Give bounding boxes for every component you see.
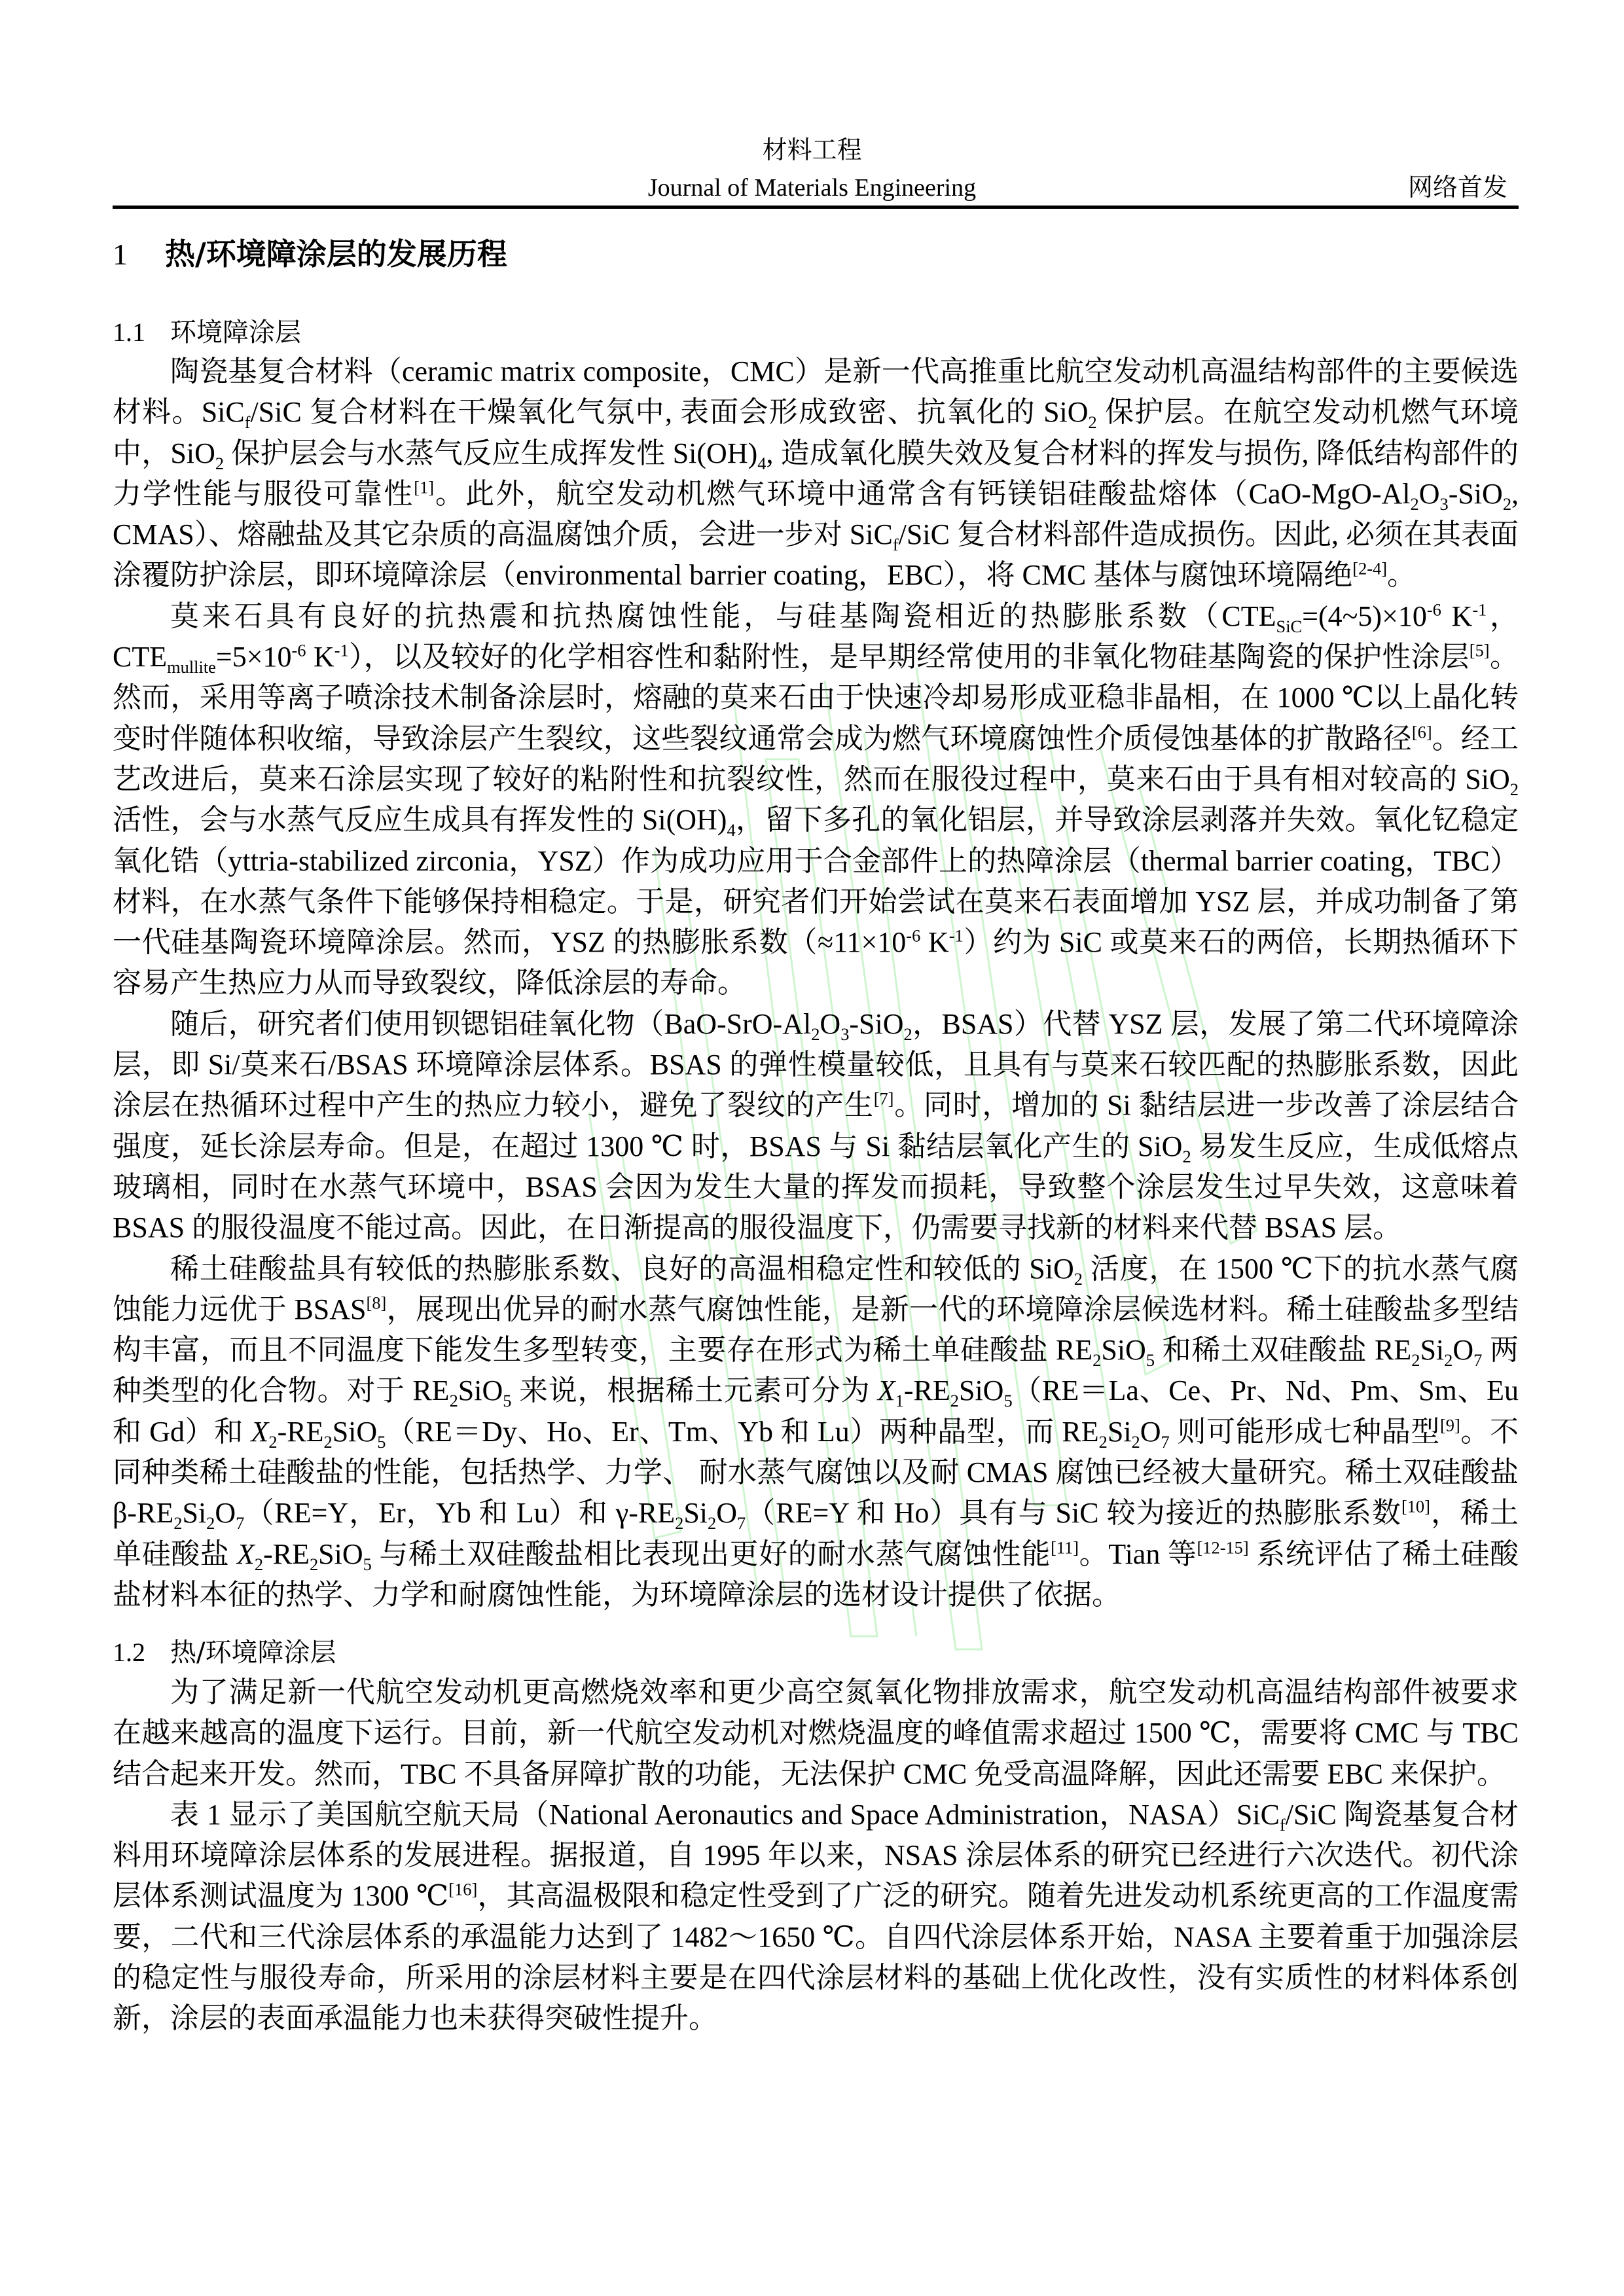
paragraph: 莫来石具有良好的抗热震和抗热腐蚀性能，与硅基陶瓷相近的热膨胀系数（CTESiC=… bbox=[113, 596, 1519, 1004]
publication-status: 网络首发 bbox=[1408, 171, 1507, 204]
journal-title-en: Journal of Materials Engineering bbox=[0, 171, 1624, 204]
paragraph: 表 1 显示了美国航空航天局（National Aeronautics and … bbox=[113, 1795, 1519, 2039]
subscript: f bbox=[1280, 1815, 1286, 1835]
section-number: 1 bbox=[113, 235, 165, 274]
section-title: 热/环境障涂层的发展历程 bbox=[165, 236, 507, 272]
paragraph: 随后，研究者们使用钡锶铝硅氧化物（BaO-SrO-Al2O3-SiO2，BSAS… bbox=[113, 1004, 1519, 1249]
supscript: -1 bbox=[949, 926, 964, 946]
citation: [1] bbox=[414, 477, 434, 497]
subscript: 2 bbox=[215, 453, 224, 473]
subscript: 2 bbox=[1411, 494, 1419, 514]
subscript: 2 bbox=[1182, 1146, 1191, 1166]
subscript: 2 bbox=[173, 1513, 182, 1533]
subscript: 2 bbox=[904, 1024, 912, 1044]
header-rule bbox=[113, 206, 1519, 209]
subsection-number: 1.2 bbox=[113, 1634, 170, 1671]
subscript: 5 bbox=[503, 1391, 511, 1410]
citation: [9] bbox=[1440, 1415, 1460, 1435]
citation: [10] bbox=[1401, 1497, 1430, 1516]
subscript: f bbox=[245, 412, 251, 432]
document-page: 材料工程 Journal of Materials Engineering 网络… bbox=[0, 0, 1624, 2296]
subscript: 7 bbox=[1161, 1432, 1170, 1452]
subscript: 7 bbox=[236, 1513, 244, 1533]
subsection-heading-1-1: 1.1环境障涂层 bbox=[113, 314, 301, 351]
section-1-1-body: 陶瓷基复合材料（ceramic matrix composite，CMC）是新一… bbox=[113, 351, 1519, 1615]
citation: [11] bbox=[1051, 1537, 1079, 1557]
subscript: 2 bbox=[324, 1432, 333, 1452]
subscript: 2 bbox=[1444, 1350, 1453, 1370]
subscript: 2 bbox=[310, 1554, 318, 1573]
subscript: 2 bbox=[1092, 1350, 1101, 1370]
section-heading-1: 1热/环境障涂层的发展历程 bbox=[113, 234, 507, 274]
citation: [5] bbox=[1470, 640, 1490, 660]
subscript: 3 bbox=[1439, 494, 1448, 514]
citation: [8] bbox=[367, 1293, 387, 1312]
subscript: 7 bbox=[1473, 1350, 1482, 1370]
paragraph: 为了满足新一代航空发动机更高燃烧效率和更少高空氮氧化物排放需求，航空发动机高温结… bbox=[113, 1672, 1519, 1795]
subscript: 5 bbox=[363, 1554, 372, 1573]
supscript: -6 bbox=[906, 926, 920, 946]
subscript: 5 bbox=[1003, 1391, 1012, 1410]
subscript: 3 bbox=[840, 1024, 849, 1044]
citation: [7] bbox=[874, 1089, 894, 1109]
paragraph: 陶瓷基复合材料（ceramic matrix composite，CMC）是新一… bbox=[113, 351, 1519, 596]
italic-symbol: X bbox=[237, 1538, 255, 1570]
citation: [2-4] bbox=[1352, 559, 1387, 579]
subscript: mullite bbox=[167, 657, 216, 677]
subscript: 4 bbox=[727, 820, 735, 840]
section-1-2-body: 为了满足新一代航空发动机更高燃烧效率和更少高空氮氧化物排放需求，航空发动机高温结… bbox=[113, 1672, 1519, 2039]
italic-symbol: X bbox=[878, 1374, 895, 1407]
subscript: 2 bbox=[1089, 412, 1097, 432]
subscript: 2 bbox=[450, 1391, 458, 1410]
subscript: f bbox=[893, 535, 899, 554]
citation: [6] bbox=[1412, 722, 1432, 742]
supscript: -1 bbox=[334, 640, 349, 660]
supscript: -1 bbox=[1472, 600, 1487, 619]
subsection-title: 环境障涂层 bbox=[170, 317, 301, 348]
subscript: 2 bbox=[1510, 780, 1519, 799]
subscript: 2 bbox=[1132, 1432, 1140, 1452]
subscript: 2 bbox=[1099, 1432, 1108, 1452]
subscript: 2 bbox=[1411, 1350, 1420, 1370]
journal-title-cn: 材料工程 bbox=[0, 134, 1624, 167]
subscript: 2 bbox=[255, 1554, 263, 1573]
italic-symbol: X bbox=[251, 1416, 269, 1448]
subscript: 2 bbox=[950, 1391, 959, 1410]
subscript: 5 bbox=[377, 1432, 386, 1452]
subsection-title: 热/环境障涂层 bbox=[170, 1638, 336, 1668]
subscript: 4 bbox=[757, 453, 766, 473]
supscript: -6 bbox=[1427, 600, 1441, 619]
subscript: 7 bbox=[737, 1513, 746, 1533]
citation: [12-15] bbox=[1197, 1537, 1249, 1557]
subscript: 2 bbox=[206, 1513, 215, 1533]
supscript: -6 bbox=[292, 640, 306, 660]
subscript: SiC bbox=[1276, 617, 1303, 636]
citation: [16] bbox=[448, 1880, 477, 1899]
subscript: 2 bbox=[268, 1432, 277, 1452]
subscript: 2 bbox=[708, 1513, 716, 1533]
subscript: 1 bbox=[895, 1391, 904, 1410]
subscript: 5 bbox=[1146, 1350, 1155, 1370]
paragraph: 稀土硅酸盐具有较低的热膨胀系数、良好的高温相稳定性和较低的 SiO2 活度，在 … bbox=[113, 1249, 1519, 1616]
subsection-heading-1-2: 1.2热/环境障涂层 bbox=[113, 1634, 336, 1671]
subscript: 2 bbox=[811, 1024, 820, 1044]
subscript: 2 bbox=[1503, 494, 1511, 514]
subscript: 2 bbox=[675, 1513, 683, 1533]
subscript: 2 bbox=[1074, 1268, 1083, 1288]
subsection-number: 1.1 bbox=[113, 314, 170, 351]
